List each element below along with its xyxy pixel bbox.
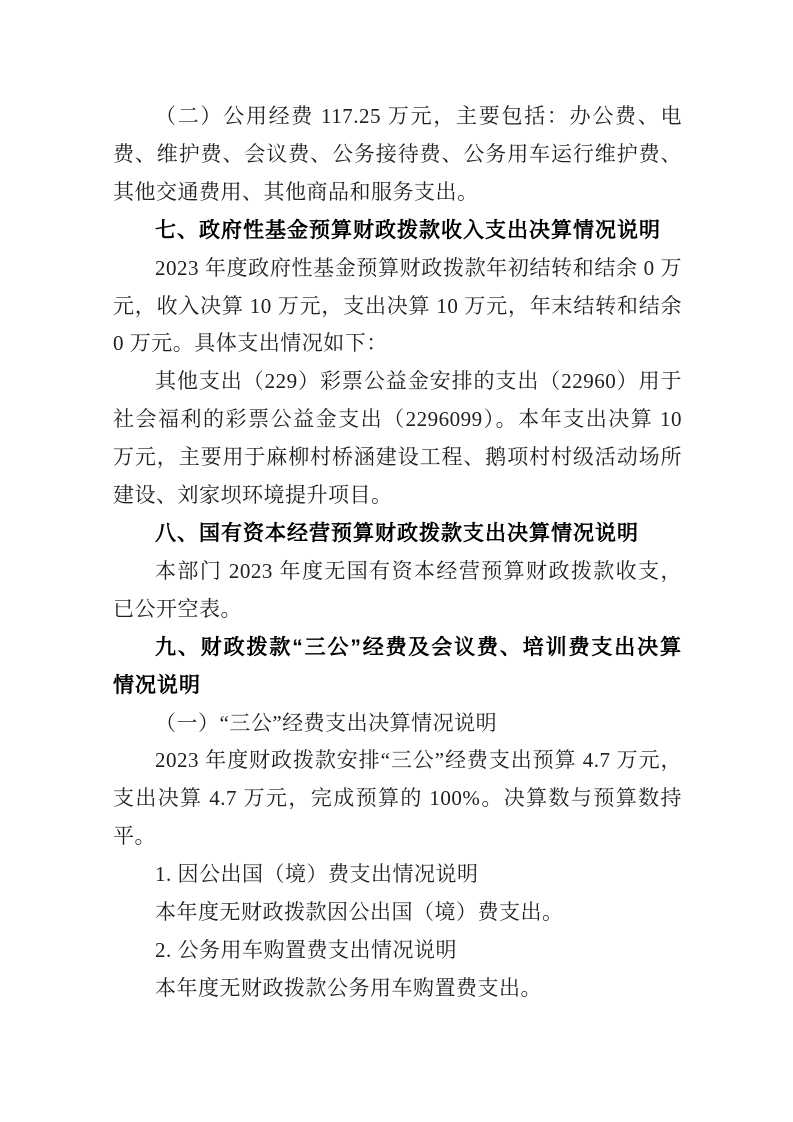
paragraph-state-capital-empty-table: 本部门 2023 年度无国有资本经营预算财政拨款收支，已公开空表。 — [113, 553, 682, 629]
paragraph-three-public-expense-summary: 2023 年度财政拨款安排“三公”经费支出预算 4.7 万元，支出决算 4.7 … — [113, 742, 682, 856]
document-page: （二）公用经费 117.25 万元，主要包括：办公费、电费、维护费、会议费、公务… — [0, 0, 793, 1122]
subheading-1-overseas-travel-expense: 1. 因公出国（境）费支出情况说明 — [113, 856, 682, 894]
heading-section-9-three-public-expenses: 九、财政拨款“三公”经费及会议费、培训费支出决算情况说明 — [113, 629, 682, 705]
subheading-three-public-expense-accounts: （一）“三公”经费支出决算情况说明 — [113, 705, 682, 743]
paragraph-no-overseas-travel-expense: 本年度无财政拨款因公出国（境）费支出。 — [113, 894, 682, 932]
heading-section-8-state-capital-budget: 八、国有资本经营预算财政拨款支出决算情况说明 — [113, 515, 682, 553]
paragraph-no-vehicle-purchase-expense: 本年度无财政拨款公务用车购置费支出。 — [113, 970, 682, 1008]
paragraph-lottery-welfare-fund-detail: 其他支出（229）彩票公益金安排的支出（22960）用于社会福利的彩票公益金支出… — [113, 363, 682, 515]
heading-section-7-government-fund-budget: 七、政府性基金预算财政拨款收入支出决算情况说明 — [113, 212, 682, 250]
subheading-2-official-vehicle-purchase-expense: 2. 公务用车购置费支出情况说明 — [113, 932, 682, 970]
document-text-block: （二）公用经费 117.25 万元，主要包括：办公费、电费、维护费、会议费、公务… — [113, 98, 682, 1008]
paragraph-government-fund-summary: 2023 年度政府性基金预算财政拨款年初结转和结余 0 万元，收入决算 10 万… — [113, 250, 682, 364]
paragraph-public-expense-funds: （二）公用经费 117.25 万元，主要包括：办公费、电费、维护费、会议费、公务… — [113, 98, 682, 212]
